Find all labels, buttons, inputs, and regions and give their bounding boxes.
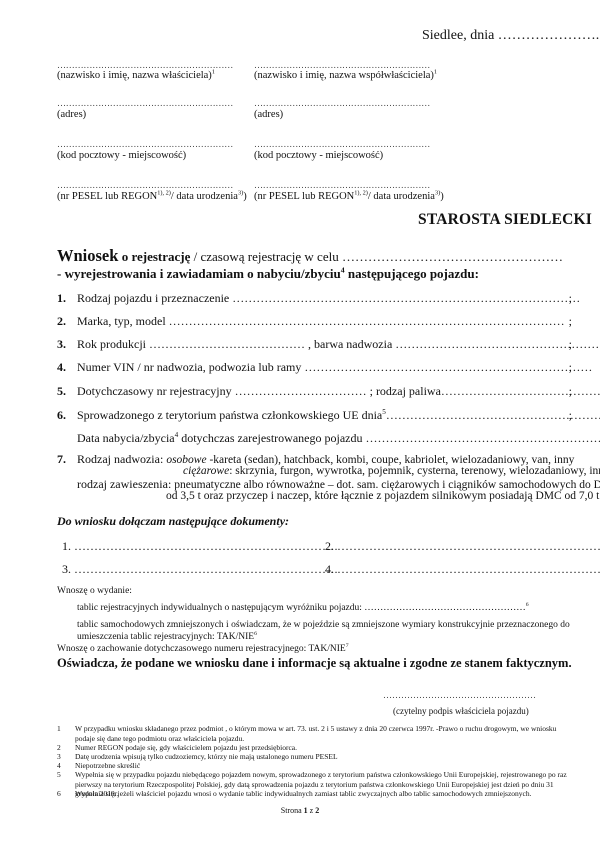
coowner-name-label: (nazwisko i imię, nazwa współwłaściciela…	[254, 70, 437, 81]
owner-pesel-label: (nr PESEL lub REGON1), 2)/ data urodzeni…	[57, 191, 247, 202]
coowner-name-field[interactable]: ……………………………………………………	[254, 60, 440, 70]
owner-address-field[interactable]: ……………………………………………………	[57, 98, 243, 108]
coowner-postal-field[interactable]: ……………………………………………………	[254, 139, 440, 149]
attachment-field-2[interactable]: 2. …………………………………………………………	[325, 539, 600, 554]
item-vehicle-type[interactable]: 1.Rodzaj pojazdu i przeznaczenie ……………………	[57, 291, 572, 306]
coowner-pesel-field[interactable]: ……………………………………………………	[254, 180, 440, 190]
form-subtitle: - wyrejestrowania i zawiadamiam o nabyci…	[57, 266, 479, 282]
owner-name-field[interactable]: ……………………………………………………	[57, 60, 243, 70]
coowner-address-label: (adres)	[254, 109, 283, 120]
purpose-field[interactable]: ……………………………………………	[342, 249, 563, 264]
coowner-address-field[interactable]: ……………………………………………………	[254, 98, 440, 108]
suspension-type-cont: od 3,5 t oraz przyczep i naczep, które ł…	[166, 490, 600, 502]
reduced-plates-line1: tablic samochodowych zmniejszonych i ośw…	[77, 620, 570, 630]
acquisition-date-field[interactable]: Data nabycia/zbycia4 dotychczas zarejest…	[57, 431, 572, 446]
owner-pesel-field[interactable]: ……………………………………………………	[57, 180, 243, 190]
item-make-model[interactable]: 2.Marka, typ, model ………………………………………………………	[57, 314, 572, 329]
reduced-plates-choice[interactable]: umieszczenia tablic rejestracyjnych: TAK…	[77, 632, 257, 642]
form-title: Wniosek o rejestrację / czasową rejestra…	[57, 246, 563, 266]
attachment-field-3[interactable]: 3. …………………………………………………………	[62, 562, 338, 577]
truck-body-types: ciężarowe: skrzynia, furgon, wywrotka, p…	[183, 465, 600, 477]
plates-request-label: Wnoszę o wydanie:	[57, 586, 132, 596]
addressee: STAROSTA SIEDLECKI	[418, 211, 592, 229]
owner-name-label: (nazwisko i imię, nazwa właściciela)1	[57, 70, 215, 81]
attachment-field-4[interactable]: 4. …………………………………………………………	[325, 562, 600, 577]
individual-plates-field[interactable]: tablic rejestracyjnych indywidualnych o …	[77, 603, 529, 613]
keep-number-choice[interactable]: Wnoszę o zachowanie dotychczasowego nume…	[57, 644, 349, 654]
attachments-heading: Do wniosku dołączam następujące dokument…	[57, 514, 289, 529]
attachment-field-1[interactable]: 1. …………………………………………………………	[62, 539, 338, 554]
owner-postal-field[interactable]: ……………………………………………………	[57, 139, 243, 149]
coowner-pesel-label: (nr PESEL lub REGON1), 2)/ data urodzeni…	[254, 191, 444, 202]
item-import-date[interactable]: 6.Sprowadzonego z terytorium państwa czł…	[57, 408, 572, 423]
owner-postal-label: (kod pocztowy - miejscowość)	[57, 150, 186, 161]
owner-address-label: (adres)	[57, 109, 86, 120]
signature-label: (czytelny podpis właściciela pojazdu)	[393, 706, 529, 716]
item-registration-fuel[interactable]: 5.Dotychczasowy nr rejestracyjny ……………………	[57, 384, 572, 399]
footnote-6: 6Wypełnia się, jeżeli właściciel pojazdu…	[57, 789, 577, 799]
page-number: Strona 1 z 2	[0, 806, 600, 815]
coowner-postal-label: (kod pocztowy - miejscowość)	[254, 150, 383, 161]
item-vin[interactable]: 4.Numer VIN / nr nadwozia, podwozia lub …	[57, 360, 572, 375]
declaration: Oświadcza, że podane we wniosku dane i i…	[57, 656, 572, 671]
signature-field[interactable]: ……………………………………………	[383, 690, 536, 700]
place-date[interactable]: Siedlee, dnia ………………….	[422, 28, 599, 44]
footnote-1: 1W przypadku wniosku składanego przez po…	[57, 724, 577, 743]
item-year-color[interactable]: 3.Rok produkcji ………………………………… , barwa na…	[57, 337, 572, 352]
